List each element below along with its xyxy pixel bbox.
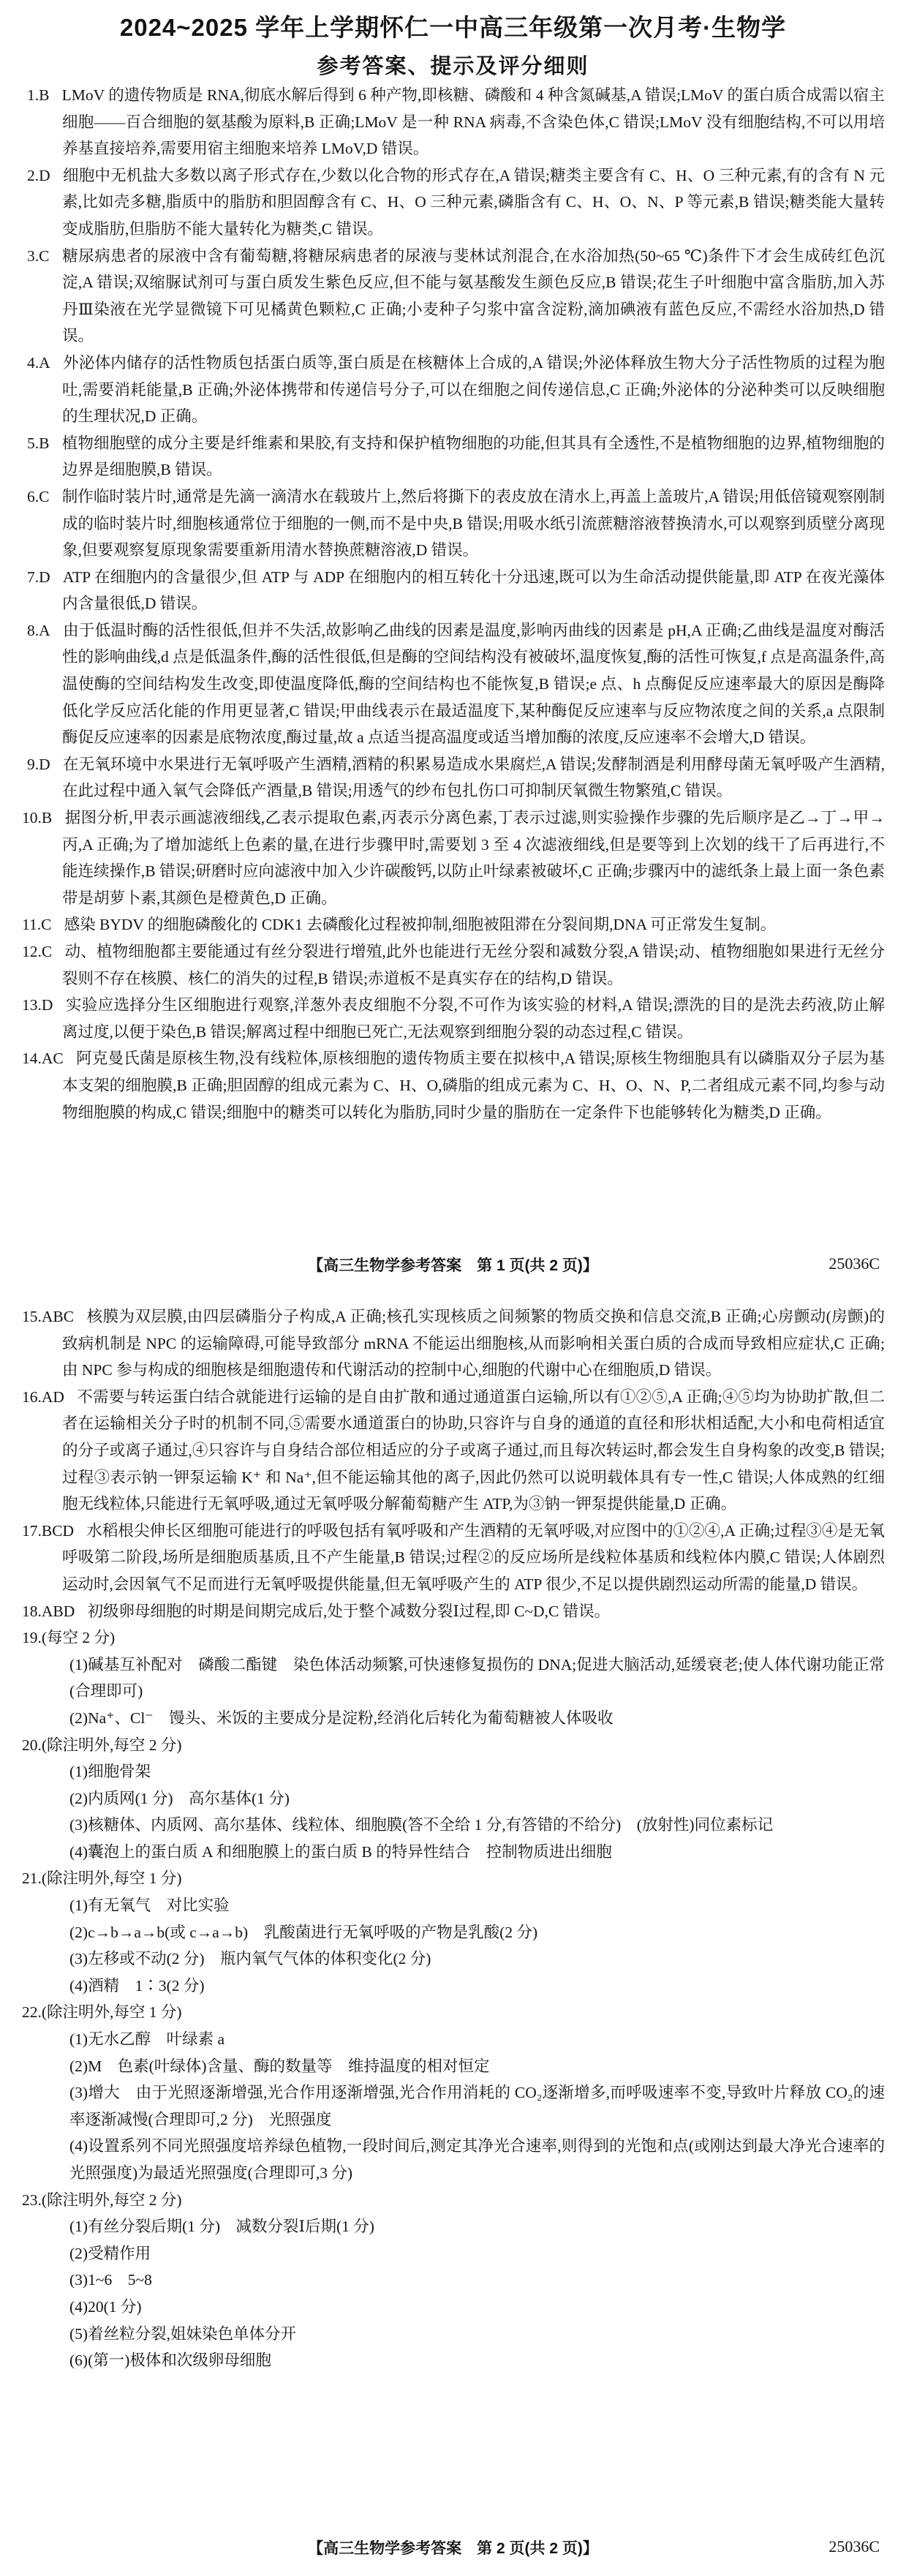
answer-text: (除注明外,每空 1 分) [42,1869,182,1887]
footer-page2: 【高三生物学参考答案 第 2 页(共 2 页)】 25036C [0,2537,906,2558]
answer-item: 10.B据图分析,甲表示画滤液细线,乙表示提取色素,丙表示分离色素,丁表示过滤,… [22,805,885,911]
answer-item: 1.BLMoV 的遗传物质是 RNA,彻底水解后得到 6 种产物,即核糖、磷酸和… [22,82,885,162]
answer-item: 21.(除注明外,每空 1 分) [22,1865,885,1892]
answer-item: 22.(除注明外,每空 1 分) [22,1999,885,2026]
answer-text: 制作临时装片时,通常是先滴一滴清水在载玻片上,然后将撕下的表皮放在清水上,再盖上… [62,488,885,559]
answer-number: 7.D [27,568,50,586]
answer-subline: (4)囊泡上的蛋白质 A 和细胞膜上的蛋白质 B 的特异性结合 控制物质进出细胞 [22,1839,885,1866]
answer-item: 11.C感染 BYDV 的细胞磷酸化的 CDK1 去磷酸化过程被抑制,细胞被阻滞… [22,911,885,938]
page-subtitle: 参考答案、提示及评分细则 [0,50,906,80]
answer-item: 20.(除注明外,每空 2 分) [22,1732,885,1759]
answer-subline: (3)增大 由于光照逐渐增强,光合作用逐渐增强,光合作用消耗的 CO₂逐渐增多,… [22,2079,885,2133]
answer-item: 5.B植物细胞壁的成分主要是纤维素和果胶,有支持和保护植物细胞的功能,但其具有全… [22,430,885,483]
answer-number: 11.C [22,916,51,933]
answer-item: 12.C动、植物细胞都主要能通过有丝分裂进行增殖,此外也能进行无丝分裂和减数分裂… [22,938,885,992]
answer-item: 2.D细胞中无机盐大多数以离子形式存在,少数以化合物的形式存在,A 错误;糖类主… [22,162,885,243]
answer-subline: (1)有无氧气 对比实验 [22,1892,885,1919]
answer-item: 13.D实验应选择分生区细胞进行观察,洋葱外表皮细胞不分裂,不可作为该实验的材料… [22,992,885,1045]
answer-item: 6.C制作临时装片时,通常是先滴一滴清水在载玻片上,然后将撕下的表皮放在清水上,… [22,483,885,564]
answer-item: 4.A外泌体内储存的活性物质包括蛋白质等,蛋白质是在核糖体上合成的,A 错误;外… [22,350,885,430]
answer-item: 8.A由于低温时酶的活性很低,但并不失活,故影响乙曲线的因素是温度,影响丙曲线的… [22,617,885,751]
answer-text: LMoV 的遗传物质是 RNA,彻底水解后得到 6 种产物,即核糖、磷酸和 4 … [62,86,885,157]
answer-number: 2.D [27,167,50,184]
answers-page2: 15.ABC核膜为双层膜,由四层磷脂分子构成,A 正确;核孔实现核质之间频繁的物… [22,1303,885,2374]
answers-page1: 1.BLMoV 的遗传物质是 RNA,彻底水解后得到 6 种产物,即核糖、磷酸和… [22,82,885,1126]
answer-number: 19. [22,1629,42,1646]
answer-number: 13.D [22,996,53,1014]
answer-text: 水稻根尖伸长区细胞可能进行的呼吸包括有氧呼吸和产生酒精的无氧呼吸,对应图中的①②… [62,1522,885,1593]
answer-text: (除注明外,每空 1 分) [42,2003,182,2021]
answer-subline: (2)c→b→a→b(或 c→a→b) 乳酸菌进行无氧呼吸的产物是乳酸(2 分) [22,1919,885,1946]
answer-subline: (1)碱基互补配对 磷酸二酯键 染色体活动频繁,可快速修复损伤的 DNA;促进大… [22,1652,885,1705]
answer-subline: (2)内质网(1 分) 高尔基体(1 分) [22,1785,885,1812]
answer-number: 12.C [22,943,52,960]
document-page: 2024~2025 学年上学期怀仁一中高三年级第一次月考·生物学 参考答案、提示… [0,0,906,2576]
answer-text: 由于低温时酶的活性很低,但并不失活,故影响乙曲线的因素是温度,影响丙曲线的因素是… [62,622,885,746]
answer-number: 21. [22,1869,42,1887]
answer-number: 16.AD [22,1388,64,1406]
answer-subline: (2)M 色素(叶绿体)含量、酶的数量等 维持温度的相对恒定 [22,2053,885,2080]
answer-number: 17.BCD [22,1522,74,1540]
answer-subline: (3)左移或不动(2 分) 瓶内氧气气体的体积变化(2 分) [22,1946,885,1973]
answer-subline: (4)20(1 分) [22,2294,885,2321]
answer-subline: (3)1~6 5~8 [22,2267,885,2294]
paper-code: 25036C [828,2537,880,2556]
answer-number: 15.ABC [22,1308,74,1325]
answer-item: 15.ABC核膜为双层膜,由四层磷脂分子构成,A 正确;核孔实现核质之间频繁的物… [22,1303,885,1384]
footer-page1-label: 【高三生物学参考答案 第 1 页(共 2 页)】 [0,1254,906,1276]
answer-subline: (2)受精作用 [22,2240,885,2267]
answer-number: 10.B [22,809,52,826]
footer-page1: 【高三生物学参考答案 第 1 页(共 2 页)】 25036C [0,1254,906,1276]
answer-item: 18.ABD初级卵母细胞的时期是间期完成后,处于整个减数分裂Ⅰ过程,即 C~D,… [22,1598,885,1625]
answer-subline: (1)无水乙醇 叶绿素 a [22,2026,885,2053]
answer-number: 4.A [27,354,50,372]
answer-subline: (3)核糖体、内质网、高尔基体、线粒体、细胞膜(答不全给 1 分,有答错的不给分… [22,1812,885,1839]
answer-text: ATP 在细胞内的含量很少,但 ATP 与 ADP 在细胞内的相互转化十分迅速,… [62,568,885,613]
answer-subline: (4)酒精 1∶3(2 分) [22,1973,885,2000]
answer-number: 23. [22,2191,42,2209]
answer-text: (除注明外,每空 2 分) [42,1736,182,1754]
answer-text: 植物细胞壁的成分主要是纤维素和果胶,有支持和保护植物细胞的功能,但其具有全透性,… [62,434,885,479]
answer-number: 22. [22,2003,42,2021]
answer-text: 据图分析,甲表示画滤液细线,乙表示提取色素,丙表示分离色素,丁表示过滤,则实验操… [62,809,885,907]
answer-item: 9.D在无氧环境中水果进行无氧呼吸产生酒精,酒精的积累易造成水果腐烂,A 错误;… [22,751,885,805]
answer-item: 3.C糖尿病患者的尿液中含有葡萄糖,将糖尿病患者的尿液与斐林试剂混合,在水浴加热… [22,243,885,350]
answer-text: (除注明外,每空 2 分) [42,2191,182,2209]
answer-subline: (2)Na⁺、Cl⁻ 馒头、米饭的主要成分是淀粉,经消化后转化为葡萄糖被人体吸收 [22,1705,885,1732]
answer-text: 不需要与转运蛋白结合就能进行运输的是自由扩散和通过通道蛋白运输,所以有①②⑤,A… [62,1388,885,1513]
answer-number: 3.C [27,247,49,265]
answer-text: 初级卵母细胞的时期是间期完成后,处于整个减数分裂Ⅰ过程,即 C~D,C 错误。 [87,1603,610,1620]
answer-subline: (1)有丝分裂后期(1 分) 减数分裂Ⅰ后期(1 分) [22,2213,885,2240]
paper-code: 25036C [828,1254,880,1273]
answer-item: 14.AC阿克曼氏菌是原核生物,没有线粒体,原核细胞的遗传物质主要在拟核中,A … [22,1045,885,1126]
answer-text: 动、植物细胞都主要能通过有丝分裂进行增殖,此外也能进行无丝分裂和减数分裂,A 错… [62,943,885,987]
answer-text: 实验应选择分生区细胞进行观察,洋葱外表皮细胞不分裂,不可作为该实验的材料,A 错… [62,996,885,1041]
answer-item: 23.(除注明外,每空 2 分) [22,2187,885,2214]
answer-item: 17.BCD水稻根尖伸长区细胞可能进行的呼吸包括有氧呼吸和产生酒精的无氧呼吸,对… [22,1518,885,1598]
answer-text: 糖尿病患者的尿液中含有葡萄糖,将糖尿病患者的尿液与斐林试剂混合,在水浴加热(50… [62,247,885,345]
answer-text: 在无氧环境中水果进行无氧呼吸产生酒精,酒精的积累易造成水果腐烂,A 错误;发酵制… [62,756,885,800]
footer-page2-label: 【高三生物学参考答案 第 2 页(共 2 页)】 [0,2537,906,2558]
answer-item: 19.(每空 2 分) [22,1624,885,1652]
answer-item: 7.DATP 在细胞内的含量很少,但 ATP 与 ADP 在细胞内的相互转化十分… [22,564,885,617]
answer-item: 16.AD不需要与转运蛋白结合就能进行运输的是自由扩散和通过通道蛋白运输,所以有… [22,1384,885,1518]
page-title: 2024~2025 学年上学期怀仁一中高三年级第一次月考·生物学 [0,9,906,43]
answer-subline: (5)着丝粒分裂,姐妹染色单体分开 [22,2321,885,2348]
answer-text: 细胞中无机盐大多数以离子形式存在,少数以化合物的形式存在,A 错误;糖类主要含有… [62,167,885,238]
answer-number: 5.B [27,434,49,452]
answer-subline: (1)细胞骨架 [22,1758,885,1785]
answer-text: 核膜为双层膜,由四层磷脂分子构成,A 正确;核孔实现核质之间频繁的物质交换和信息… [62,1308,885,1379]
answer-number: 14.AC [22,1050,64,1067]
answer-text: 外泌体内储存的活性物质包括蛋白质等,蛋白质是在核糖体上合成的,A 错误;外泌体释… [62,354,885,425]
answer-number: 20. [22,1736,42,1754]
answer-number: 8.A [27,622,50,639]
answer-text: (每空 2 分) [42,1629,115,1646]
answer-text: 感染 BYDV 的细胞磷酸化的 CDK1 去磷酸化过程被抑制,细胞被阻滞在分裂间… [64,916,777,933]
answer-number: 18.ABD [22,1603,75,1620]
answer-number: 6.C [27,488,49,505]
answer-subline: (6)(第一)极体和次级卵母细胞 [22,2347,885,2374]
answer-number: 1.B [27,86,49,104]
answer-subline: (4)设置系列不同光照强度培养绿色植物,一段时间后,测定其净光合速率,则得到的光… [22,2133,885,2186]
answer-text: 阿克曼氏菌是原核生物,没有线粒体,原核细胞的遗传物质主要在拟核中,A 错误;原核… [62,1050,885,1121]
answer-number: 9.D [27,756,50,773]
